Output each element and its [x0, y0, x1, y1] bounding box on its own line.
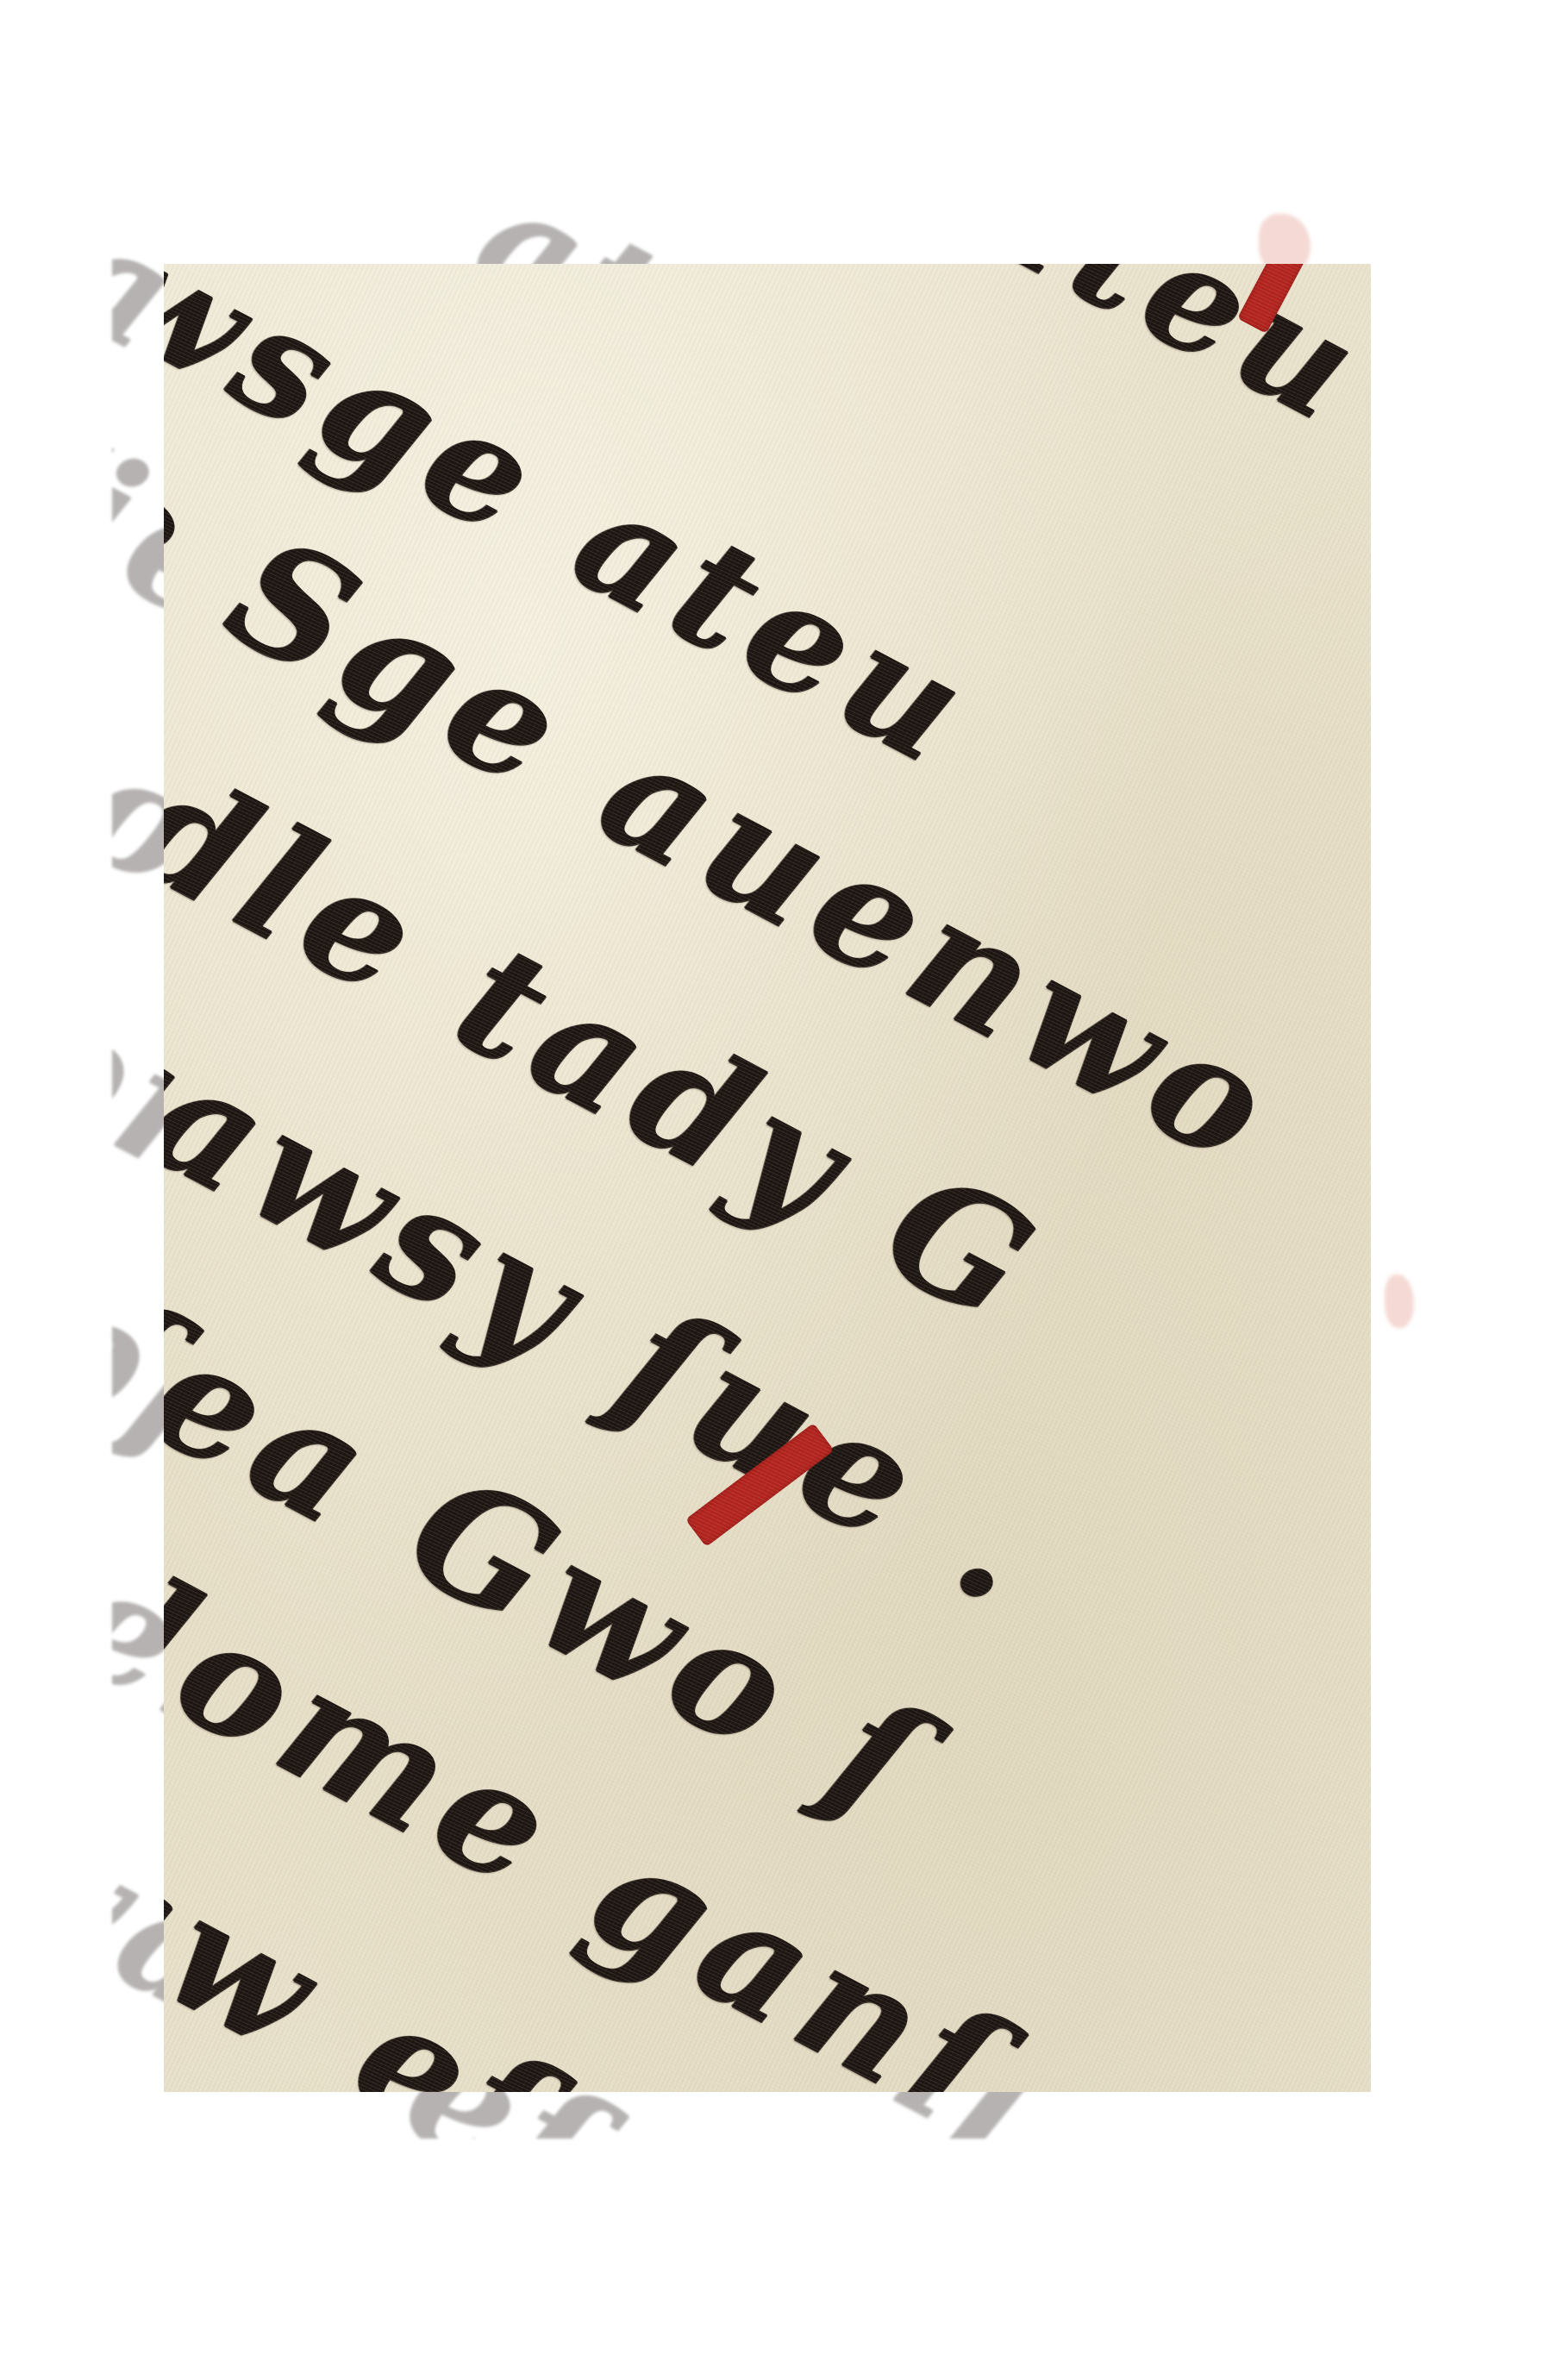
text-line: ateu ℘oʒ — [957, 264, 1371, 628]
blackletter-text: ateu ℘oʒ awsge ateu ſie Sge auenwo podle… — [164, 264, 1371, 2092]
manuscript-photo: ateu ℘oʒ awsge ateu ſie Sge auenwo podle… — [164, 264, 1371, 2092]
